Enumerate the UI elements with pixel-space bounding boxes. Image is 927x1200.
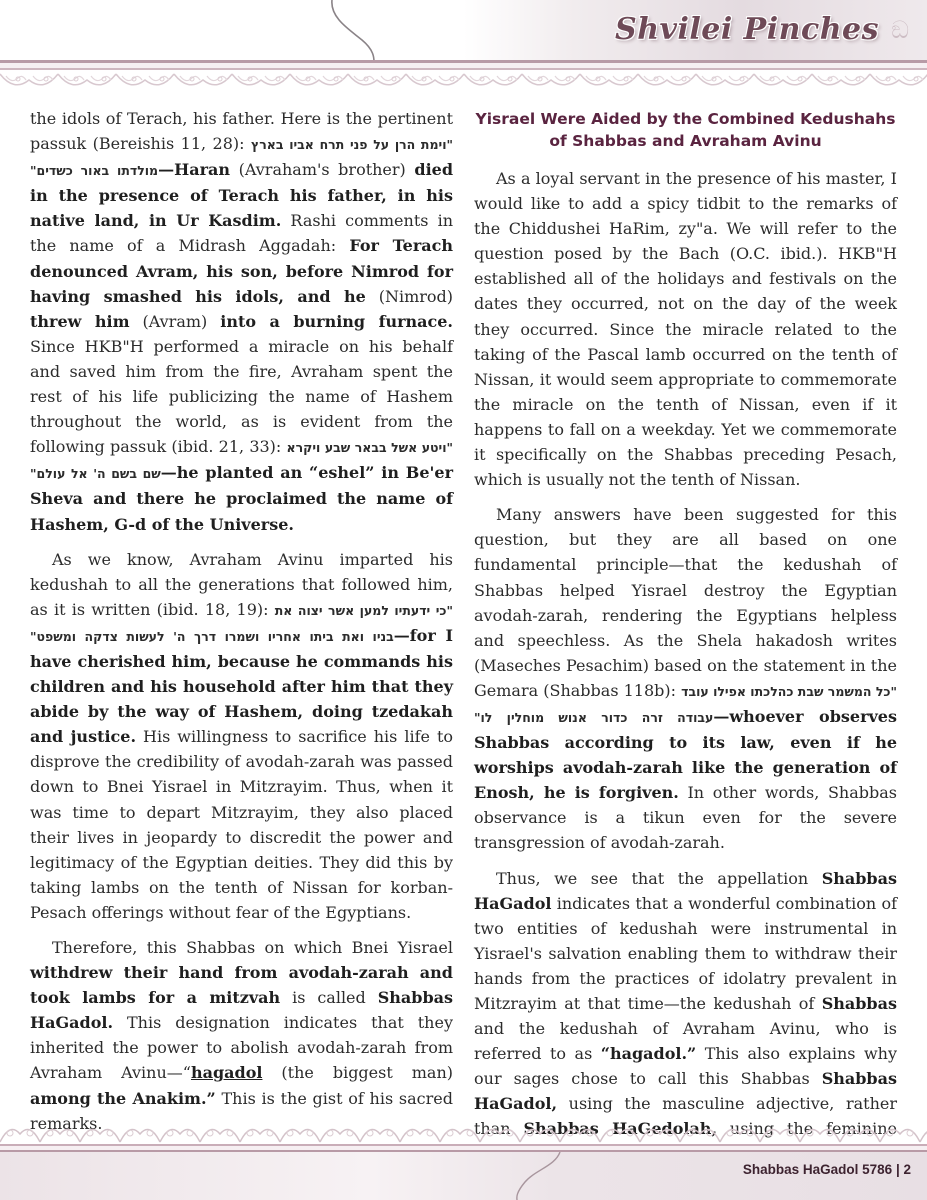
body-text: Thus, we see that the appellation xyxy=(496,869,822,888)
body-text: (Nimrod) xyxy=(366,287,453,306)
body-text: (Avram) xyxy=(130,312,221,331)
separator: | xyxy=(896,1162,900,1177)
bold-text: Shabbas xyxy=(822,994,897,1013)
header-divider xyxy=(0,60,927,70)
footer-swoosh-icon xyxy=(505,1152,565,1200)
paragraph: As a loyal servant in the presence of hi… xyxy=(474,166,897,492)
paragraph: the idols of Terach, his father. Here is… xyxy=(30,106,453,537)
bold-text: —Haran xyxy=(158,160,230,179)
bold-text: into a burning furnace. xyxy=(220,312,453,331)
right-column: Yisrael Were Aided by the Combined Kedus… xyxy=(474,106,897,1177)
page-footer: Shabbas HaGadol 5786 | 2 xyxy=(0,1152,927,1200)
paragraph: As we know, Avraham Avinu imparted his k… xyxy=(30,547,453,925)
left-column: the idols of Terach, his father. Here is… xyxy=(30,106,453,1146)
bold-text: “hagadol.” xyxy=(601,1044,696,1063)
section-heading: Yisrael Were Aided by the Combined Kedus… xyxy=(474,108,897,152)
body-text: His willingness to sacrifice his life to… xyxy=(30,727,453,922)
body-text: Since HKB"H performed a miracle on his b… xyxy=(30,337,453,456)
bold-text: among the Anakim.” xyxy=(30,1089,216,1108)
scroll-ornament-icon: ඞ xyxy=(891,16,909,44)
body-text: is called xyxy=(280,988,378,1007)
issue-name: Shabbas HaGadol 5786 xyxy=(743,1162,892,1177)
body-text: (Avraham's brother) xyxy=(230,160,414,179)
body-text: Therefore, this Shabbas on which Bnei Yi… xyxy=(52,938,453,957)
body-text: Many answers have been suggested for thi… xyxy=(474,505,897,700)
lace-border-top-icon xyxy=(0,70,927,94)
paragraph: Therefore, this Shabbas on which Bnei Yi… xyxy=(30,935,453,1136)
paragraph: Many answers have been suggested for thi… xyxy=(474,502,897,855)
publication-title: Shvilei Pinches xyxy=(615,12,879,47)
header-swoosh-icon xyxy=(330,0,410,62)
lace-border-bottom-icon xyxy=(0,1120,927,1144)
body-text: (the biggest man) xyxy=(262,1063,453,1082)
underlined-text: hagadol xyxy=(191,1063,263,1082)
page-header: Shvilei Pinches ඞ xyxy=(0,0,927,60)
footer-divider xyxy=(0,1144,927,1152)
bold-text: threw him xyxy=(30,312,130,331)
footer-issue-label: Shabbas HaGadol 5786 | 2 xyxy=(743,1162,911,1177)
page-number: 2 xyxy=(903,1162,911,1177)
